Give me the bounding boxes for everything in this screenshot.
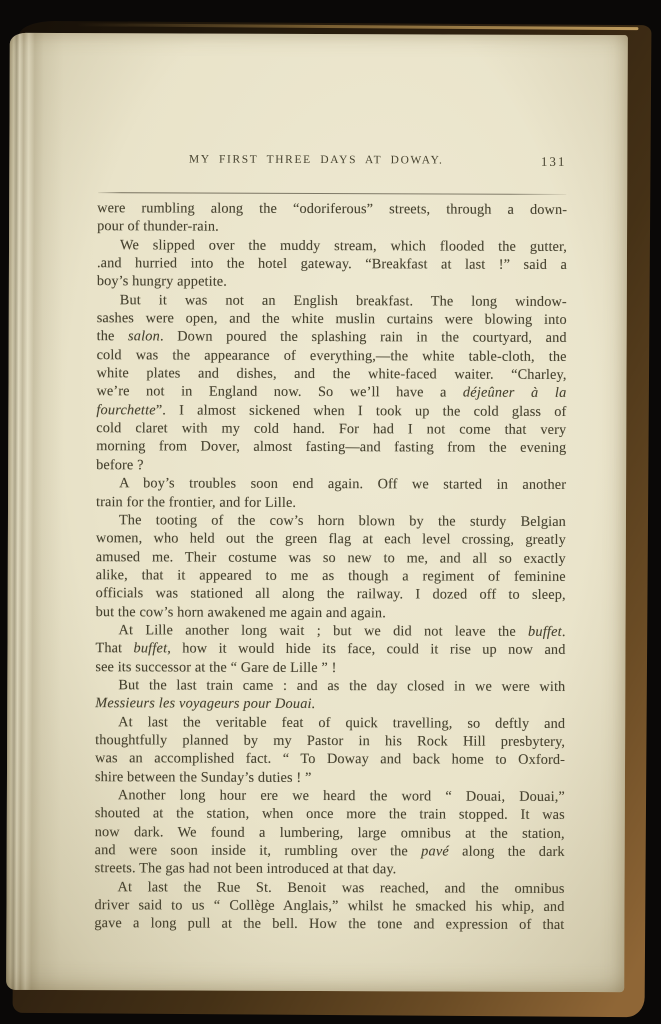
text-line: shouted at the station, when once more t… [95,804,565,824]
text-line: Messieurs les voyageurs pour Douai. [95,694,565,714]
page-body: were rumbling along the “odoriferous” st… [94,199,567,935]
text-line: officials was stationed all along the ra… [96,584,566,604]
text-line: boy’s hungry appetite. [97,273,567,293]
text-line: cold claret with my cold hand. For had I… [96,419,566,439]
text-line: driver said to us “ Collège Anglais,” wh… [94,896,564,916]
text-line: women, who held out the green flag at ea… [96,529,566,549]
text-line: but the cow’s horn awakened me again and… [96,603,566,623]
text-line: But it was not an English breakfast. The… [97,291,567,311]
text-line: thoughtfully planned by my Pastor in his… [95,731,565,751]
text-line: That buffet, how it would hide its face,… [95,639,565,659]
text-line: now dark. We found a lumbering, large om… [95,823,565,843]
text-line: At Lille another long wait ; but we did … [96,621,566,641]
text-line: The tooting of the cow’s horn blown by t… [96,511,566,531]
running-head: MY FIRST THREE DAYS AT DOWAY. 131 [97,153,567,177]
page-number: 131 [541,154,567,170]
text-line: But the last train came : and as the day… [95,676,565,696]
text-line: we’re not in England now. So we’ll have … [96,383,566,403]
text-line: At last the Rue St. Benoit was reached, … [95,878,565,898]
text-line: train for the frontier, and for Lille. [96,493,566,513]
text-line: the salon. Down poured the splashing rai… [97,328,567,348]
book-photo: MY FIRST THREE DAYS AT DOWAY. 131 were r… [0,0,661,1024]
text-line: .and hurried into the hotel gateway. “Br… [97,254,567,274]
text-line: gave a long pull at the bell. How the to… [94,915,564,935]
text-line: and were soon inside it, rumbling over t… [95,841,565,861]
text-line: We slipped over the muddy stream, which … [97,236,567,256]
text-line: shire between the Sunday’s duties ! ” [95,768,565,788]
page-title: MY FIRST THREE DAYS AT DOWAY. [81,153,551,167]
text-line: streets. The gas had not been introduced… [95,860,565,880]
text-line: Another long hour ere we heard the word … [95,786,565,806]
text-line: was an accomplished fact. “ To Doway and… [95,749,565,769]
text-line: amused me. Their costume was so new to m… [96,548,566,568]
text-line: morning from Dover, almost fasting—and f… [96,438,566,458]
text-line: A boy’s troubles soon end again. Off we … [96,474,566,494]
text-line: were rumbling along the “odoriferous” st… [97,199,567,219]
text-line: see its successor at the “ Gare de Lille… [95,658,565,678]
text-line: cold was the appearance of everything,—t… [97,346,567,366]
cover-top-edge-highlight [76,23,639,30]
text-line: alike, that it appeared to me as though … [96,566,566,586]
text-line: white plates and dishes, and the white-f… [96,364,566,384]
text-line: sashes were open, and the white muslin c… [97,309,567,329]
text-line: At last the veritable feat of quick trav… [95,713,565,733]
text-line: fourchette”. I almost sickened when I to… [96,401,566,421]
text-line: pour of thunder-rain. [97,217,567,237]
header-rule [98,192,566,195]
book-page: MY FIRST THREE DAYS AT DOWAY. 131 were r… [6,33,628,992]
text-line: before ? [96,456,566,476]
